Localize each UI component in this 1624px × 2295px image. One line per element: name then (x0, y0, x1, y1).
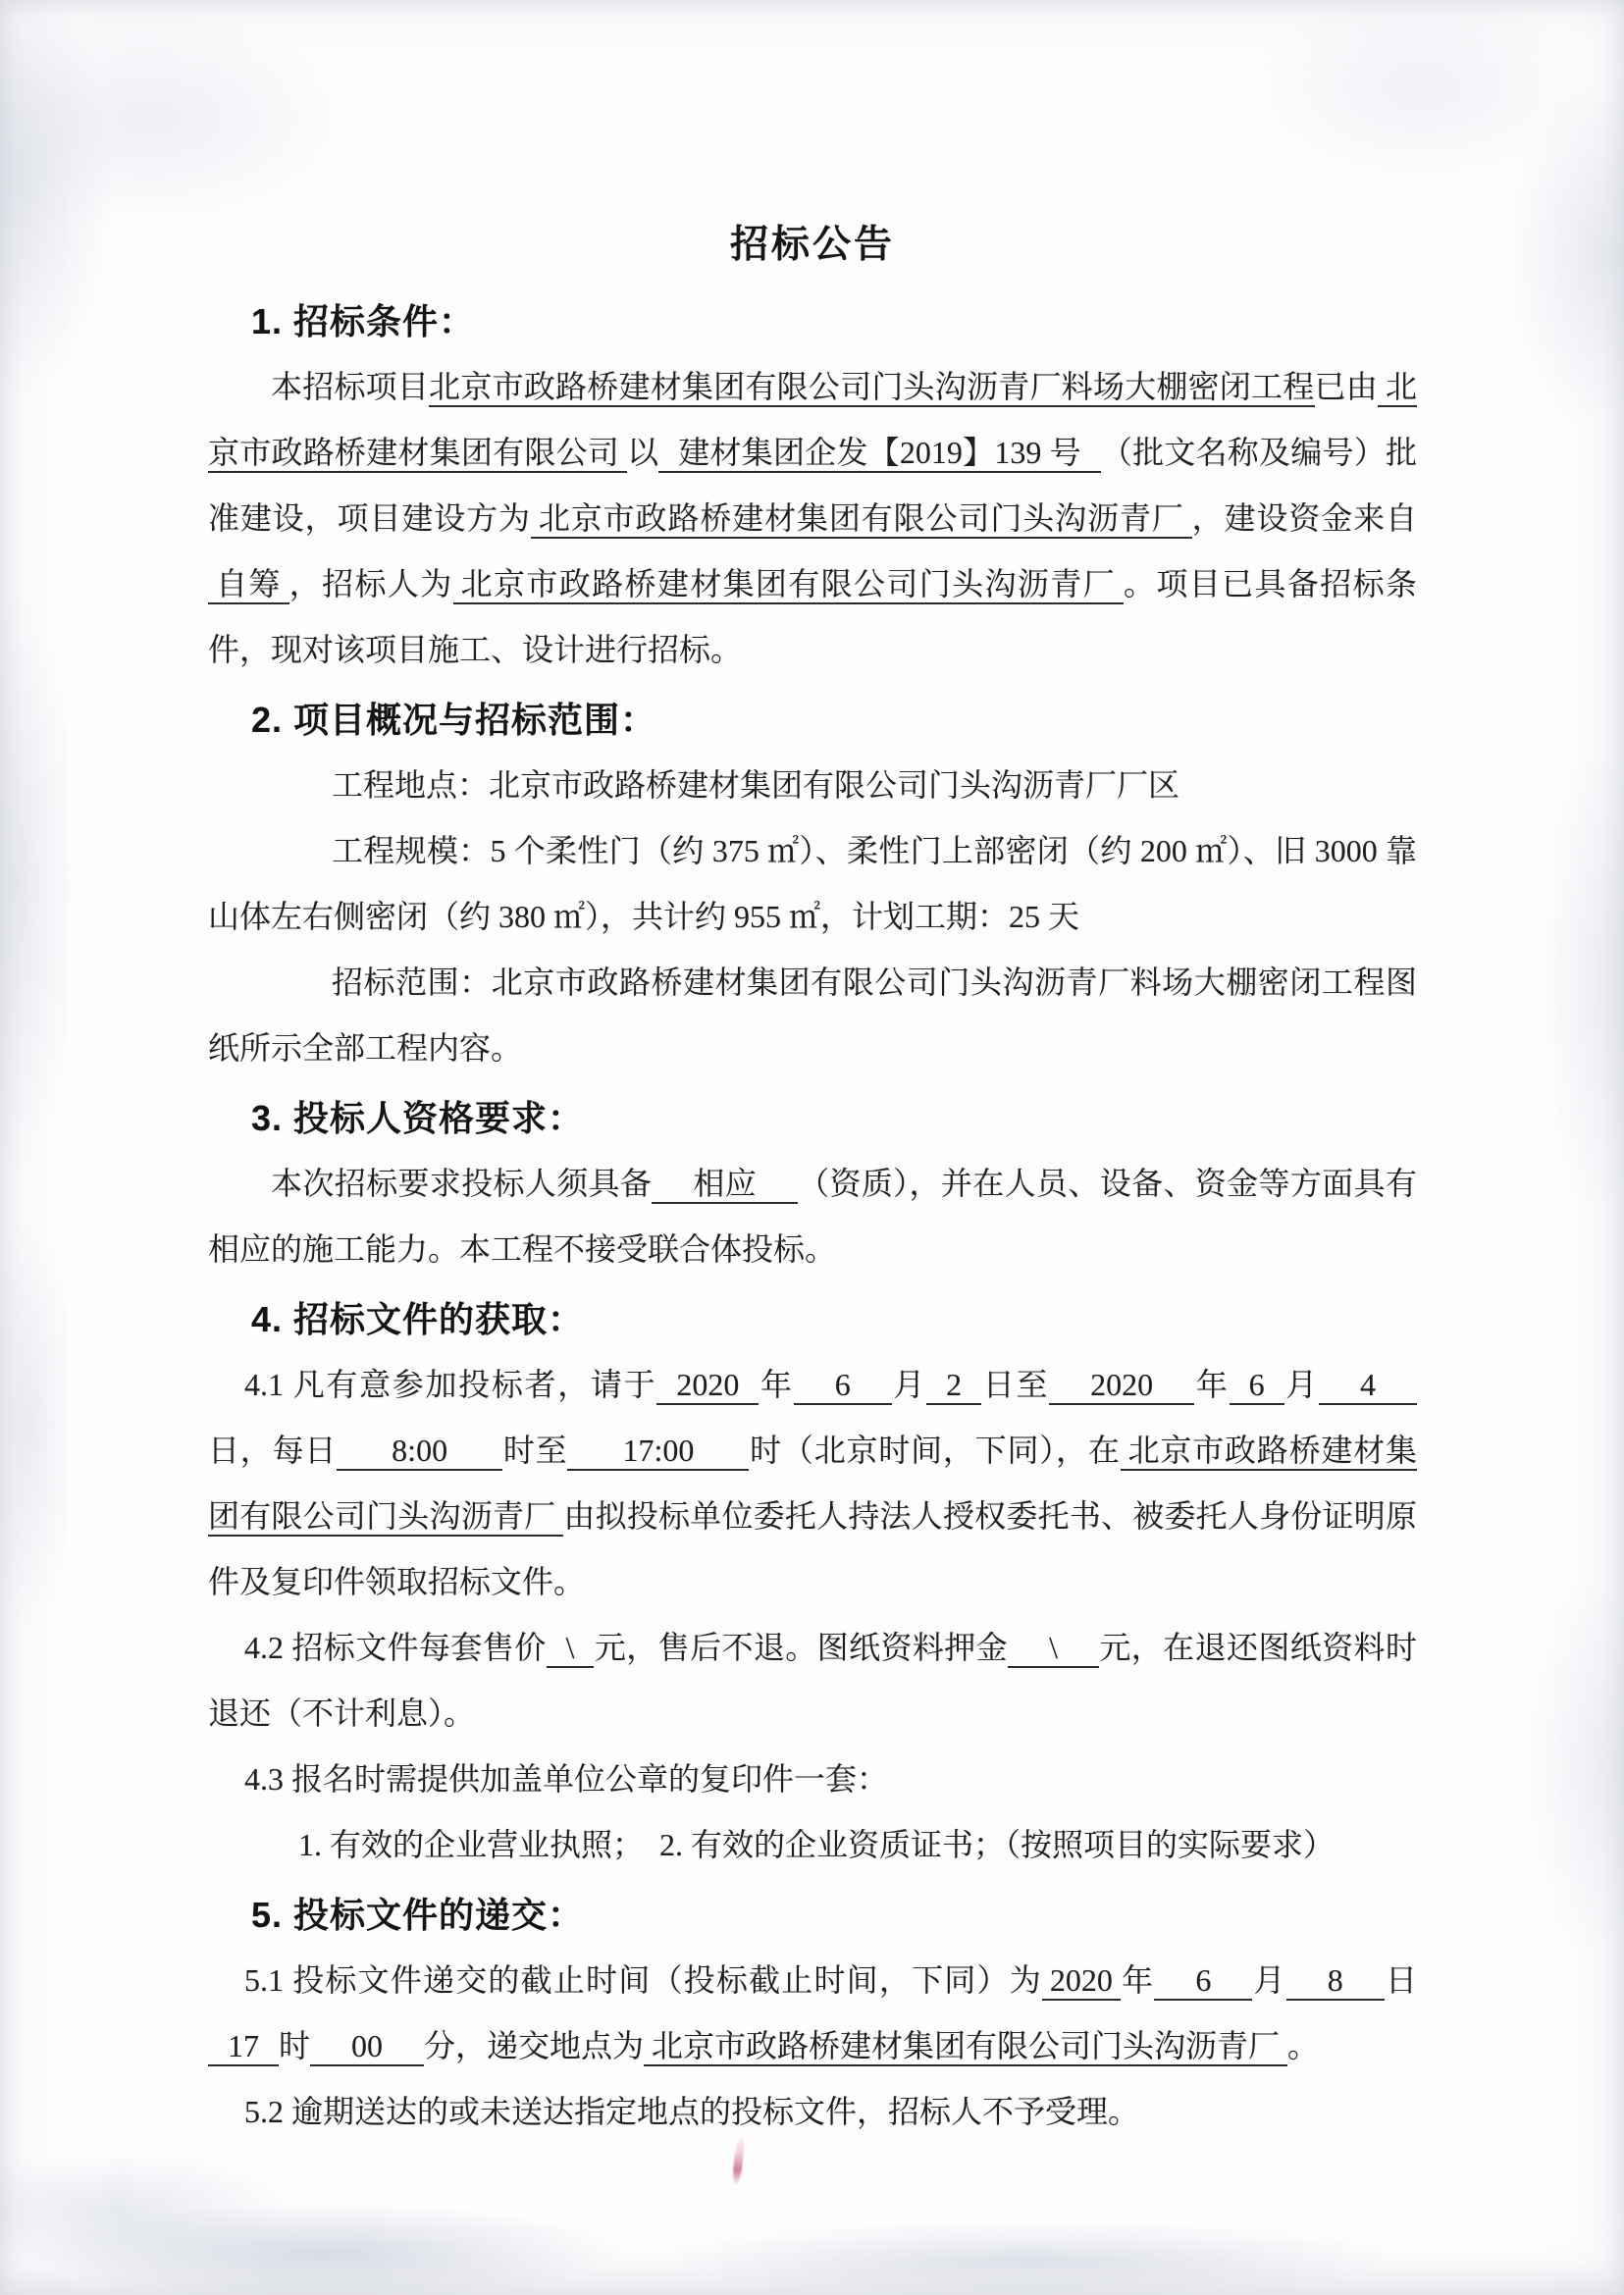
project-location: 工程地点：北京市政路桥建材集团有限公司门头沟沥青厂厂区 (208, 753, 1417, 818)
filled-blank-text: 2 (926, 1367, 981, 1405)
text-run: 招标范围：北京市政路桥建材集团有限公司门头沟沥青厂料场大棚密闭工程图纸所示全部工… (208, 965, 1417, 1066)
filled-blank-text: 6 (794, 1367, 892, 1405)
text-run: 5.2 逾期送达的或未送达指定地点的投标文件，招标人不予受理。 (244, 2094, 1139, 2129)
text-run: ，招标人为 (289, 566, 453, 601)
text-run: 5.1 投标文件递交的截止时间（投标截止时间，下同）为 (244, 1962, 1042, 1998)
filled-blank-text: 2020 (1042, 1962, 1121, 2001)
section-bidder-qualifications: 3. 投标人资格要求： 本次招标要求投标人须具备相应（资质），并在人员、设备、资… (208, 1085, 1417, 1282)
text-run: 本招标项目 (271, 369, 429, 404)
clause-4-2: 4.2 招标文件每套售价\元，售后不退。图纸资料押金\元，在退还图纸资料时退还（… (208, 1615, 1417, 1747)
required-copies-list: 1. 有效的企业营业执照； 2. 有效的企业资质证书；（按照项目的实际要求） (208, 1812, 1417, 1878)
text-run: 已由 (1315, 369, 1378, 404)
text-run: 时至 (502, 1433, 567, 1468)
section-5-heading: 5. 投标文件的递交： (208, 1882, 1417, 1948)
text-run: 元，售后不退。图纸资料押金 (594, 1630, 1008, 1665)
filled-blank-text: 17 (208, 2028, 279, 2066)
text-run: 日至 (981, 1367, 1049, 1402)
clause-4-1: 4.1 凡有意参加投标者，请于2020年6月2日至2020年6月4日，每日8:0… (208, 1352, 1417, 1615)
text-run: 时（北京时间，下同），在 (749, 1433, 1120, 1468)
section-obtaining-bid-documents: 4. 招标文件的获取： 4.1 凡有意参加投标者，请于2020年6月2日至202… (208, 1286, 1417, 1878)
filled-blank-text: 6 (1230, 1367, 1284, 1405)
section-bid-conditions: 1. 招标条件： 本招标项目北京市政路桥建材集团有限公司门头沟沥青厂料场大棚密闭… (208, 288, 1417, 683)
filled-blank-text: \ (1008, 1630, 1099, 1668)
text-run: 1. 有效的企业营业执照； 2. 有效的企业资质证书；（按照项目的实际要求） (298, 1827, 1335, 1862)
text-run: 日，每日 (208, 1433, 337, 1468)
text-run: 月 (1252, 1962, 1285, 1998)
clause-4-3: 4.3 报名时需提供加盖单位公章的复印件一套： (208, 1747, 1417, 1812)
text-run: 4.1 凡有意参加投标者，请于 (244, 1367, 656, 1402)
filled-blank-text: 6 (1154, 1962, 1252, 2001)
section-4-heading: 4. 招标文件的获取： (208, 1286, 1417, 1352)
filled-blank-text: 17:00 (567, 1433, 749, 1471)
text-run: 分，递交地点为 (424, 2028, 644, 2063)
project-scale: 工程规模：5 个柔性门（约 375 ㎡）、柔性门上部密闭（约 200 ㎡）、旧 … (208, 818, 1417, 950)
filled-blank-text: 北京市政路桥建材集团有限公司门头沟沥青厂料场大棚密闭工程 (429, 369, 1314, 407)
filled-blank-text: 4 (1319, 1367, 1417, 1405)
section-1-heading: 1. 招标条件： (208, 288, 1417, 354)
text-run: 本次招标要求投标人须具备 (271, 1166, 652, 1201)
filled-blank-text: 相应 (652, 1166, 798, 1204)
text-run: 时 (279, 2028, 310, 2063)
clause-5-1: 5.1 投标文件递交的截止时间（投标截止时间，下同）为2020年6月8日17时0… (208, 1948, 1417, 2079)
filled-blank-text: \ (547, 1630, 595, 1668)
filled-blank-text: 00 (310, 2028, 424, 2066)
filled-blank-text: 北京市政路桥建材集团有限公司门头沟沥青厂 (644, 2028, 1287, 2066)
filled-blank-text: 建材集团企发【2019】139 号 (658, 435, 1101, 473)
text-run: 年 (759, 1367, 793, 1402)
bid-conditions-paragraph: 本招标项目北京市政路桥建材集团有限公司门头沟沥青厂料场大棚密闭工程已由北京市政路… (208, 354, 1417, 683)
text-run: 工程规模：5 个柔性门（约 375 ㎡）、柔性门上部密闭（约 200 ㎡）、旧 … (208, 833, 1417, 934)
clause-5-2: 5.2 逾期送达的或未送达指定地点的投标文件，招标人不予受理。 (208, 2079, 1417, 2145)
text-run: 年 (1121, 1962, 1154, 1998)
text-run: 工程地点：北京市政路桥建材集团有限公司门头沟沥青厂厂区 (332, 767, 1179, 803)
scanned-document-page: 招标公告 1. 招标条件： 本招标项目北京市政路桥建材集团有限公司门头沟沥青厂料… (0, 0, 1624, 2295)
section-3-heading: 3. 投标人资格要求： (208, 1085, 1417, 1151)
filled-blank-text: 自筹 (208, 566, 289, 604)
text-run: 日 (1385, 1962, 1417, 1998)
filled-blank-text: 8:00 (337, 1433, 502, 1471)
filled-blank-text: 北京市政路桥建材集团有限公司门头沟沥青厂 (453, 566, 1124, 604)
filled-blank-text: 2020 (656, 1367, 759, 1405)
document-title: 招标公告 (208, 216, 1417, 275)
section-project-overview-and-scope: 2. 项目概况与招标范围： 工程地点：北京市政路桥建材集团有限公司门头沟沥青厂厂… (208, 687, 1417, 1081)
section-2-heading: 2. 项目概况与招标范围： (208, 687, 1417, 753)
text-run: 年 (1194, 1367, 1229, 1402)
text-run: 月 (892, 1367, 926, 1402)
text-run: 4.2 招标文件每套售价 (244, 1630, 547, 1665)
filled-blank-text: 8 (1286, 1962, 1385, 2001)
filled-blank-text: 北京市政路桥建材集团有限公司门头沟沥青厂 (531, 500, 1192, 539)
text-run: 4.3 报名时需提供加盖单位公章的复印件一套： (244, 1761, 888, 1797)
text-run: 以 (627, 435, 658, 470)
text-run: 。 (1287, 2028, 1319, 2063)
filled-blank-text: 2020 (1049, 1367, 1194, 1405)
section-bid-submission: 5. 投标文件的递交： 5.1 投标文件递交的截止时间（投标截止时间，下同）为2… (208, 1882, 1417, 2145)
text-run: ，建设资金来自 (1192, 500, 1417, 536)
text-run: 月 (1284, 1367, 1319, 1402)
qualification-requirements: 本次招标要求投标人须具备相应（资质），并在人员、设备、资金等方面具有相应的施工能… (208, 1151, 1417, 1282)
bid-scope: 招标范围：北京市政路桥建材集团有限公司门头沟沥青厂料场大棚密闭工程图纸所示全部工… (208, 950, 1417, 1081)
